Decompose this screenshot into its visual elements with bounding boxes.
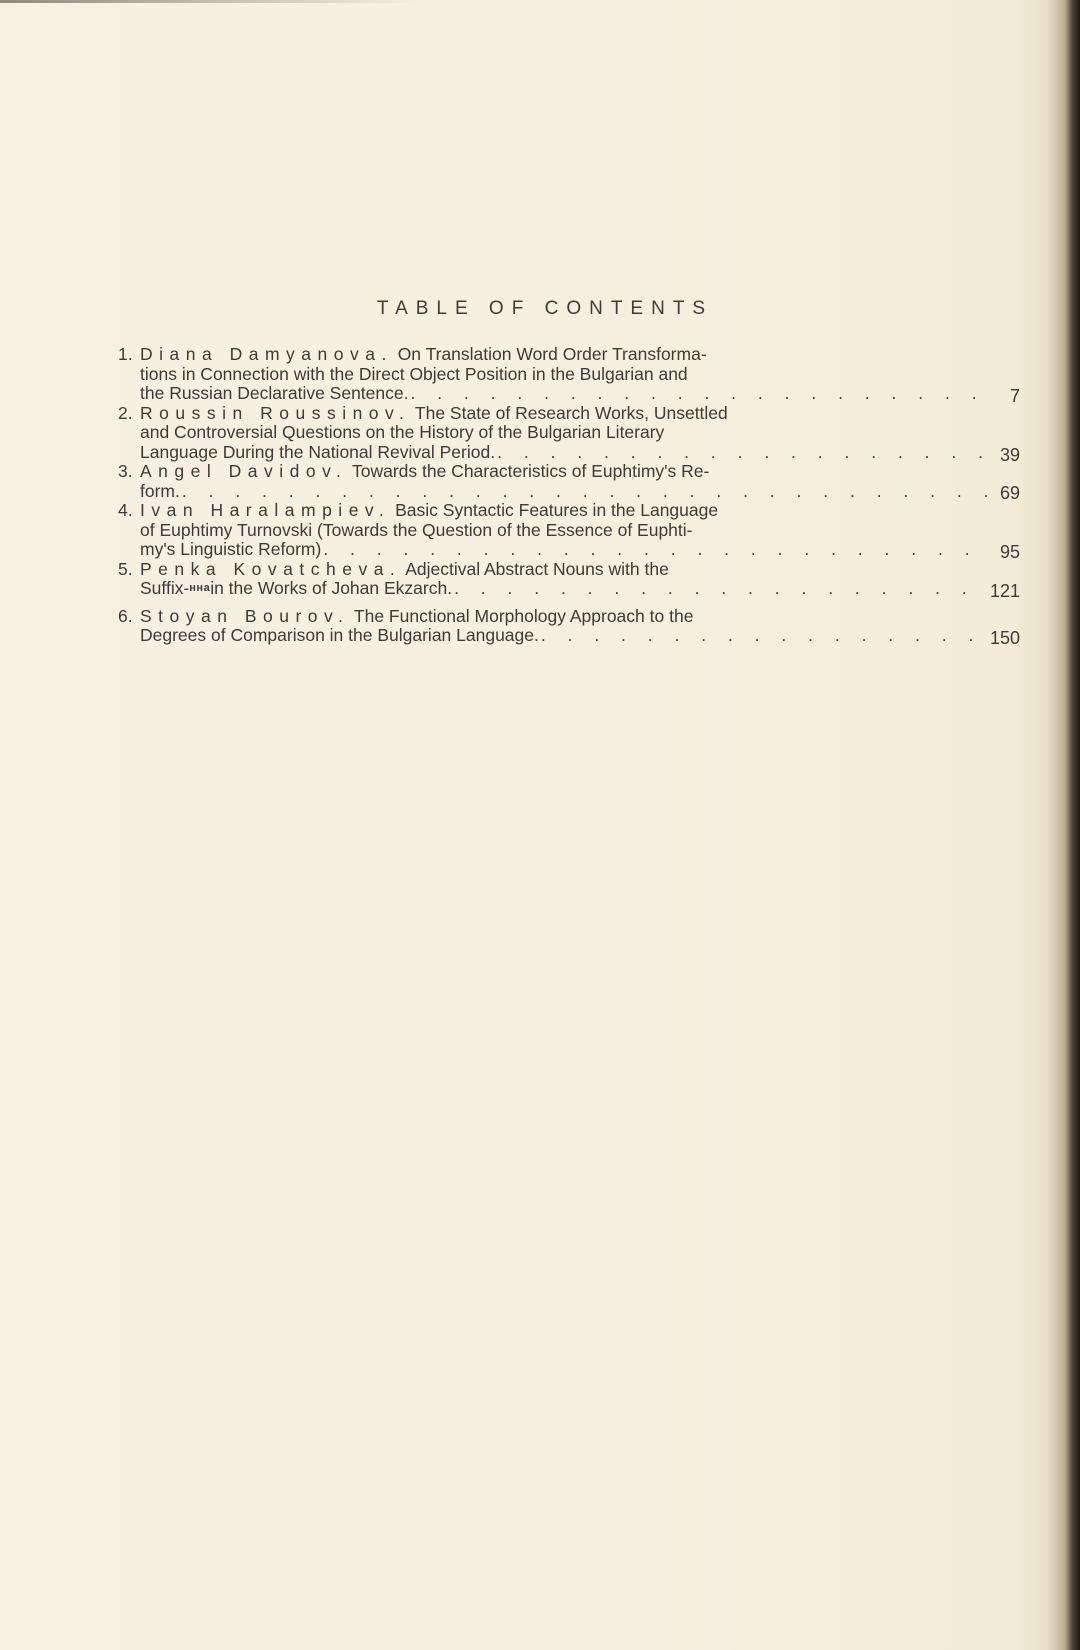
leader-dots: . . . . . . . . . . . . . . . . . . . . …	[452, 579, 990, 599]
toc-entry: 5. Penka Kovatcheva. Adjectival Abstract…	[118, 560, 1020, 599]
entry-author: Penka Kovatcheva.	[140, 559, 401, 579]
entry-title-line: Towards the Characteristics of Euphtimy'…	[347, 461, 709, 481]
leader-dots: . . . . . . . . . . . . . . . . . . . . …	[321, 540, 990, 560]
entry-title-line: my's Linguistic Reform)	[140, 540, 321, 560]
entry-author: Angel Davidov.	[140, 461, 347, 481]
entry-title-line: Degrees of Comparison in the Bulgarian L…	[140, 626, 539, 646]
entry-title-line: tions in Connection with the Direct Obje…	[140, 365, 980, 385]
entry-title-line: of Euphtimy Turnovski (Towards the Quest…	[140, 521, 980, 541]
entry-page-number: 150	[980, 629, 1020, 649]
entry-title-line: form.	[140, 482, 180, 502]
entry-title-line: The Functional Morphology Approach to th…	[349, 606, 693, 626]
leader-dots: . . . . . . . . . . . . . . . . . . . . …	[495, 443, 990, 463]
entry-title-line: in the Works of Johan Ekzarch.	[210, 579, 452, 599]
entry-number: 3.	[118, 462, 133, 482]
leader-dots: . . . . . . . . . . . . . . . . . . . . …	[539, 626, 990, 646]
leader-dots: . . . . . . . . . . . . . . . . . . . . …	[408, 384, 990, 404]
toc-entry: 4. Ivan Haralampiev. Basic Syntactic Fea…	[118, 501, 1020, 560]
entry-author: Diana Damyanova.	[140, 344, 393, 364]
entry-title-line: the Russian Declarative Sentence.	[140, 384, 408, 404]
toc-entry: 1. Diana Damyanova. On Translation Word …	[118, 345, 1020, 404]
entry-page-number: 121	[980, 582, 1020, 602]
entry-author: Ivan Haralampiev.	[140, 500, 390, 520]
entry-number: 2.	[118, 404, 133, 424]
entry-title-line: On Translation Word Order Transforma-	[393, 344, 707, 364]
entry-number: 6.	[118, 607, 133, 627]
entry-number: 5.	[118, 560, 133, 580]
toc-entry: 6. Stoyan Bourov. The Functional Morphol…	[118, 607, 1020, 646]
entry-author: Roussin Roussinov.	[140, 403, 410, 423]
cyrillic-suffix: нна	[189, 579, 210, 599]
book-page: TABLE OF CONTENTS 1. Diana Damyanova. On…	[0, 0, 1080, 1650]
entry-title-line: Suffix-	[140, 579, 189, 599]
entry-title-line: and Controversial Questions on the Histo…	[140, 423, 980, 443]
entry-title-line: Basic Syntactic Features in the Language	[390, 500, 718, 520]
entry-title-line: Language During the National Revival Per…	[140, 443, 495, 463]
page-edge-shadow	[0, 0, 420, 3]
leader-dots: . . . . . . . . . . . . . . . . . . . . …	[180, 482, 990, 502]
entry-author: Stoyan Bourov.	[140, 606, 349, 626]
toc-entry: 2. Roussin Roussinov. The State of Resea…	[118, 404, 1020, 463]
entry-title-line: Adjectival Abstract Nouns with the	[401, 559, 669, 579]
table-of-contents: 1. Diana Damyanova. On Translation Word …	[118, 345, 1020, 646]
entry-number: 1.	[118, 345, 133, 365]
toc-entry: 3. Angel Davidov. Towards the Characteri…	[118, 462, 1020, 501]
entry-title-line: The State of Research Works, Unsettled	[410, 403, 727, 423]
entry-number: 4.	[118, 501, 133, 521]
page-title: TABLE OF CONTENTS	[0, 298, 1080, 320]
